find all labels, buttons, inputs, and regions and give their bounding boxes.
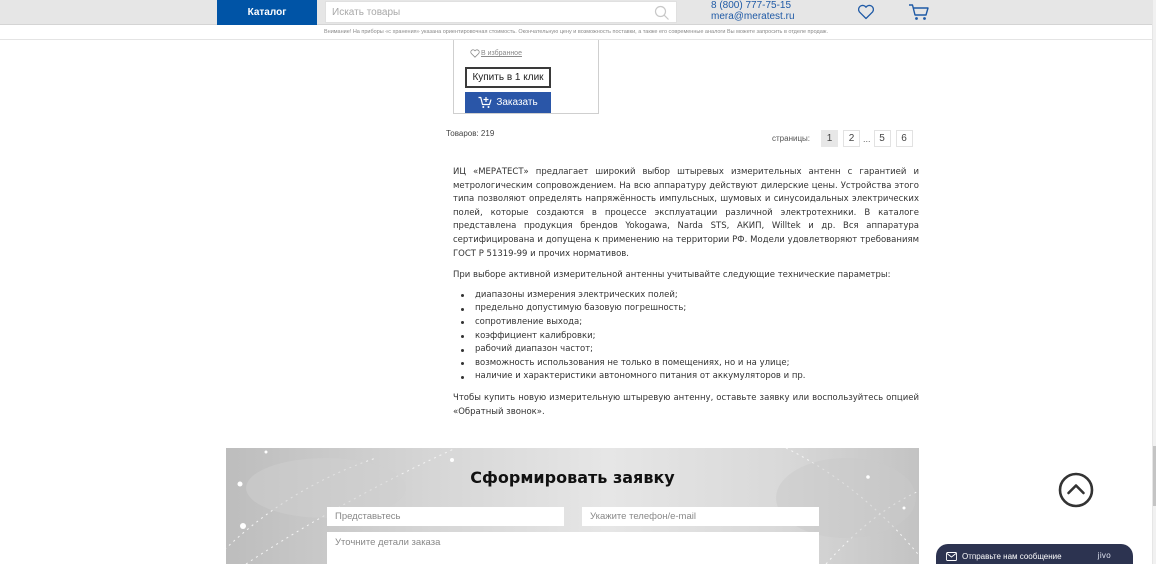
chat-label: Отправьте нам сообщение [962, 552, 1062, 561]
order-label: Заказать [496, 97, 537, 108]
list-item: возможность использования не только в по… [461, 357, 919, 371]
list-item: рабочий диапазон частот; [461, 343, 919, 357]
request-form-title: Сформировать заявку [226, 468, 919, 487]
search-icon[interactable] [654, 5, 670, 21]
order-button[interactable]: Заказать [465, 92, 551, 113]
favorites-label: В избранное [481, 50, 522, 57]
cart-icon [478, 96, 492, 109]
search-input[interactable] [326, 2, 646, 22]
contact-field[interactable] [582, 507, 819, 526]
name-field[interactable] [327, 507, 564, 526]
description-lead: При выборе активной измерительной антенн… [453, 269, 919, 283]
pagination-ellipsis: ... [863, 134, 871, 144]
order-details-field[interactable] [327, 532, 819, 564]
list-item: наличие и характеристики автономного пит… [461, 370, 919, 384]
heart-icon [470, 49, 480, 58]
request-form-section: Сформировать заявку [226, 448, 919, 564]
list-item: предельно допустимую базовую погрешность… [461, 302, 919, 316]
price-notice: Внимание! На приборы «с хранения» указан… [0, 25, 1152, 40]
catalog-button[interactable]: Каталог [217, 0, 317, 25]
product-card: В избранное Купить в 1 клик Заказать [453, 40, 599, 114]
pagination: страницы: 1 2 ... 5 6 [772, 130, 913, 147]
buy-one-click-button[interactable]: Купить в 1 клик [465, 67, 551, 88]
cart-icon[interactable] [908, 3, 930, 21]
chat-brand: jivo [1098, 551, 1111, 560]
heart-icon[interactable] [857, 4, 875, 20]
envelope-icon [946, 552, 957, 561]
add-to-favorites-link[interactable]: В избранное [470, 49, 522, 58]
category-description: ИЦ «МЕРАТЕСТ» предлагает широкий выбор ш… [453, 166, 919, 419]
page-2-button[interactable]: 2 [843, 130, 860, 147]
product-count: Товаров: 219 [446, 129, 494, 138]
page-1-button[interactable]: 1 [821, 130, 838, 147]
description-intro: ИЦ «МЕРАТЕСТ» предлагает широкий выбор ш… [453, 166, 919, 261]
contacts: 8 (800) 777-75-15 mera@meratest.ru [711, 0, 795, 22]
phone-link[interactable]: 8 (800) 777-75-15 [711, 0, 795, 11]
parameters-list: диапазоны измерения электрических полей;… [461, 289, 919, 384]
email-link[interactable]: mera@meratest.ru [711, 11, 795, 22]
pages-label: страницы: [772, 134, 810, 143]
description-outro: Чтобы купить новую измерительную штыреву… [453, 392, 919, 419]
list-item: диапазоны измерения электрических полей; [461, 289, 919, 303]
page-5-button[interactable]: 5 [874, 130, 891, 147]
list-item: коэффициент калибровки; [461, 330, 919, 344]
scroll-to-top-icon[interactable] [1058, 472, 1094, 508]
search-box [325, 1, 677, 23]
list-item: сопротивление выхода; [461, 316, 919, 330]
page-6-button[interactable]: 6 [896, 130, 913, 147]
page-scrollbar[interactable] [1152, 0, 1156, 564]
chat-widget-button[interactable]: Отправьте нам сообщение jivo [936, 544, 1133, 564]
